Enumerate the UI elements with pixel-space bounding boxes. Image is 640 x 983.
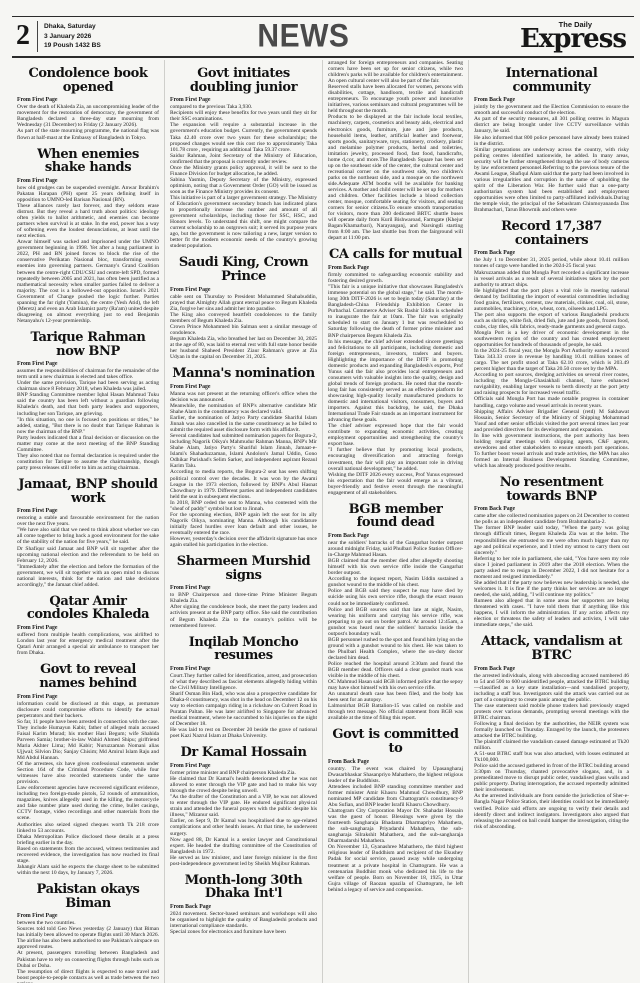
article-paragraph: Earlier, the nomination of Jatiyo Party …: [170, 415, 317, 433]
article-paragraph: According to media reports, the Bogura-2…: [170, 469, 317, 499]
article-paragraph: Products to be displayed at the fair inc…: [328, 114, 463, 241]
article-kicker: From Back Page: [328, 265, 463, 271]
article: Inqilab Moncho resumesFrom First PageCou…: [170, 636, 317, 740]
article-headline: Sharmeen Murshid signs: [170, 555, 317, 582]
article-kicker: From First Page: [17, 178, 159, 184]
article-headline: Record 17,387 containers: [474, 220, 629, 247]
article-paragraph: She added that if the party now believes…: [474, 580, 629, 598]
article-paragraph: BGB personnel rushed to the spot and fou…: [328, 637, 463, 661]
dateline-bengali: 19 Poush 1432 BS: [44, 41, 101, 51]
article-paragraph: Makruzzaman added that Mongla Port recor…: [474, 270, 629, 288]
article-paragraph: After signing the condolence book, she m…: [170, 604, 317, 628]
article-paragraph: arranged for foreign entrepreneurs and c…: [328, 60, 463, 84]
article-paragraph: Several candidates had submitted nominat…: [170, 433, 317, 469]
article-paragraph: Sabina Yasmin, Deputy Secretary of the M…: [170, 177, 317, 195]
article-paragraph: The expansion will require a substantial…: [170, 122, 317, 152]
article-paragraph: This initiative is part of a larger gove…: [170, 195, 317, 249]
article-paragraph: Following a final decision by the author…: [474, 721, 629, 739]
article: When enemies shake handsFrom First Pageh…: [17, 148, 159, 324]
article-paragraph: Police and BGB sources said that late at…: [328, 607, 463, 637]
article-paragraph: Of the arrestees, six have given confess…: [17, 761, 159, 785]
article-paragraph: As the arrested individuals are from out…: [474, 793, 629, 829]
article-kicker: From First Page: [170, 585, 317, 591]
article: CA calls for mutualFrom Back Pagefirmly …: [328, 248, 463, 495]
article-kicker: From Back Page: [474, 97, 629, 103]
article-paragraph: Recipients will enjoy these benefits for…: [170, 110, 317, 122]
article-paragraph: In line with government instructions, th…: [474, 433, 629, 469]
newspaper-page: 2 Dhaka, Saturday 3 January 2026 19 Pous…: [0, 0, 640, 983]
article: Record 17,387 containersFrom Back Pageth…: [474, 220, 629, 469]
article-paragraph: Police reached the hospital around 3:30a…: [328, 661, 463, 679]
article-paragraph: Special zones for electronics and furnit…: [170, 929, 317, 935]
article-paragraph: The chief adviser expressed hope that th…: [328, 423, 463, 447]
article-kicker: From First Page: [17, 694, 159, 700]
article-paragraph: He claimed that Dr Kamal's health deteri…: [170, 776, 317, 794]
column-3: arranged for foreign entrepreneurs and c…: [322, 60, 468, 983]
article-paragraph: Sources told told Geo News yesterday (2 …: [17, 926, 159, 950]
page-number: 2: [14, 22, 37, 52]
article-paragraph: The plaintiff claimed the vandalism caus…: [474, 739, 629, 751]
article-kicker: From Back Page: [474, 666, 629, 672]
article-paragraph: Meanwhile, the nomination of BNP's alter…: [170, 403, 317, 415]
columns: Condolence book openedFrom First PageOve…: [12, 60, 634, 983]
article-paragraph: Reserved stalls have been allocated for …: [328, 84, 463, 114]
article-paragraph: According to port sources, dredging acti…: [474, 372, 629, 396]
article-paragraph: "We have also said that we need to think…: [17, 527, 159, 545]
article-paragraph: Officials said Mongla Port has made nota…: [474, 396, 629, 408]
article-paragraph: Court.They further called for identifica…: [170, 673, 317, 691]
article-paragraph: country. The event was chaired by Upasan…: [328, 766, 463, 784]
article-headline: Manna's nomination: [170, 367, 317, 381]
article-paragraph: An unnatural death case has been filed, …: [328, 691, 463, 703]
article-kicker: From First Page: [170, 666, 317, 672]
article-paragraph: BGB claimed that the member died after a…: [328, 558, 463, 576]
article-paragraph: On November 13, Gyanashree Mahathero, th…: [328, 844, 463, 892]
article-paragraph: Attendees included BNP standing committe…: [328, 784, 463, 808]
article-headline: Inqilab Moncho resumes: [170, 636, 317, 663]
newspaper-logo: The Daily Express: [506, 21, 632, 53]
article-paragraph: Dhaka Metropolitan Police disclosed thes…: [17, 834, 159, 846]
article-paragraph: Earlier, on Sept 9, Dr Kamal was hospita…: [170, 818, 317, 836]
article-paragraph: Jahangir Alam said he expects the charge…: [17, 864, 159, 876]
article: Attack, vandalism at BTRCFrom Back Paget…: [474, 635, 629, 830]
article-paragraph: suffered from multiple health complicati…: [17, 632, 159, 656]
column-4: International communityFrom Back Pagejoi…: [468, 60, 634, 983]
article-paragraph: Over the death of Khaleda Zia, an uncomp…: [17, 104, 159, 128]
article-paragraph: As part of the state mourning programme,…: [17, 128, 159, 140]
article-paragraph: "This fair is a unique initiative that s…: [328, 284, 463, 338]
article: Qatar Amir condoles KhaledaFrom First Pa…: [17, 595, 159, 656]
article: Sharmeen Murshid signsFrom First Pageto …: [170, 555, 317, 629]
article-paragraph: He was laid to rest on December 20 besid…: [170, 727, 317, 739]
article-headline: Jamaat, BNP should work: [17, 478, 159, 505]
article-headline: No resentment towards BNP: [474, 476, 629, 503]
article-paragraph: Once the Ministry grants policy approval…: [170, 165, 317, 177]
article: Pakistan okays BimanFrom First Pagebetwe…: [17, 883, 159, 983]
article-paragraph: Under the same provision, Tarique had be…: [17, 380, 159, 392]
article-paragraph: In 2018, BNP ceded the seat to Manna, wh…: [170, 500, 317, 512]
article-paragraph: The case statement said mobile phone tra…: [474, 703, 629, 721]
article-headline: Condolence book opened: [17, 67, 159, 94]
article-paragraph: how old grudges can be suspended overnig…: [17, 185, 159, 203]
article-headline: International community: [474, 67, 629, 94]
article-paragraph: "Immediately after the election and befo…: [17, 564, 159, 588]
article-paragraph: Similar preparations are underway across…: [474, 147, 629, 214]
masthead: 2 Dhaka, Saturday 3 January 2026 19 Pous…: [12, 16, 634, 58]
article-headline: Month-long 30th Dhaka Int'l: [170, 874, 317, 901]
article-paragraph: Anwar himself was sacked and imprisoned …: [17, 239, 159, 324]
article-kicker: From First Page: [170, 97, 317, 103]
article-paragraph: Saidur Rahman, Joint Secretary of the Mi…: [170, 153, 317, 165]
article-paragraph: The resumption of direct flights is expe…: [17, 969, 159, 983]
article-paragraph: Rumeen also alleged that in some areas h…: [474, 598, 629, 628]
article-paragraph: Wishing the DITF 2026 every success, Pro…: [328, 472, 463, 496]
article-headline: When enemies shake hands: [17, 148, 159, 175]
article-paragraph: Sharif Osman Bin Hadi, who was also a pr…: [170, 691, 317, 727]
article-paragraph: Now aged 88, Dr Kamal is a senior lawyer…: [170, 837, 317, 855]
article-paragraph: In the 2024-25 fiscal year, the Mongla P…: [474, 348, 629, 372]
article-paragraph: As part of the security measures, all 30…: [474, 116, 629, 134]
article: Saudi King, Crown PrinceFrom First Pagec…: [170, 256, 317, 360]
article-paragraph: According to the inquest report, Nasim U…: [328, 576, 463, 588]
article: arranged for foreign entrepreneurs and c…: [328, 60, 463, 241]
article-paragraph: Police said the accused gathered in fron…: [474, 763, 629, 793]
article-headline: Saudi King, Crown Prince: [170, 256, 317, 283]
article-paragraph: He highlighted that the port plays a vit…: [474, 288, 629, 312]
article-kicker: From First Page: [17, 97, 159, 103]
article-headline: CA calls for mutual: [328, 248, 463, 262]
article-paragraph: Law enforcement agencies have recovered …: [17, 785, 159, 821]
article-paragraph: restoring a stable and favourable enviro…: [17, 515, 159, 527]
article-paragraph: A 51-seat BTRC staff bus was also attack…: [474, 751, 629, 763]
article-headline: Dr Kamal Hossain: [170, 746, 317, 760]
article: No resentment towards BNPFrom Back Pagec…: [474, 476, 629, 628]
article-paragraph: Shipping Affairs Adviser Brigadier Gener…: [474, 409, 629, 433]
article-paragraph: Begum Khaleda Zia, who breathed her last…: [170, 336, 317, 360]
article-paragraph: cable sent on Thursday to President Moha…: [170, 294, 317, 312]
article-paragraph: the July 1 to December 31, 2025 period, …: [474, 257, 629, 269]
article-kicker: From First Page: [17, 508, 159, 514]
article: Govt is committed toFrom Back Pagecountr…: [328, 728, 463, 892]
article-paragraph: came after she collected nomination pape…: [474, 513, 629, 525]
article-paragraph: These alliances rarely last forever, and…: [17, 203, 159, 239]
article-kicker: From First Page: [170, 384, 317, 390]
article-kicker: From First Page: [17, 625, 159, 631]
article-headline: Govt is committed to: [328, 728, 463, 755]
article-kicker: From First Page: [17, 361, 159, 367]
article-paragraph: So far, 11 people have been arrested in …: [17, 719, 159, 761]
article: Month-long 30th Dhaka Int'lFrom Back Pag…: [170, 874, 317, 935]
article-headline: BGB member found dead: [328, 503, 463, 530]
article-kicker: From Back Page: [474, 506, 629, 512]
article-paragraph: Referring to her role in parliament, she…: [474, 556, 629, 580]
article: Tarique Rahman now BNPFrom First Pageass…: [17, 331, 159, 471]
article-paragraph: The former BNP leader said today, "When …: [474, 525, 629, 555]
article-paragraph: Lalmonirhat BGB Battalion-15 was called …: [328, 703, 463, 721]
article-paragraph: near the soldiers' barracks of the Ganga…: [328, 540, 463, 558]
article-paragraph: OC Mahmud Hasan said BGB informed police…: [328, 679, 463, 691]
article-kicker: From Back Page: [474, 250, 629, 256]
article-paragraph: Based on statements from the accused, wi…: [17, 846, 159, 864]
article-paragraph: In his message, the chief adviser extend…: [328, 339, 463, 424]
dateline-date: 3 January 2026: [44, 32, 101, 42]
article-paragraph: Police and BGB said they suspect he may …: [328, 588, 463, 606]
article-paragraph: The King also conveyed heartfelt condole…: [170, 312, 317, 324]
article-kicker: From First Page: [170, 287, 317, 293]
column-1: Condolence book openedFrom First PageOve…: [12, 60, 164, 983]
article-headline: Govt to reveal names behind: [17, 663, 159, 690]
article-paragraph: BNP Standing Committee member Iqbal Hasa…: [17, 392, 159, 416]
article-paragraph: Chattogram City Corporation Mayor Dr. Sh…: [328, 808, 463, 844]
article: Condolence book openedFrom First PageOve…: [17, 67, 159, 141]
article-paragraph: jointly by the government and the Electi…: [474, 104, 629, 116]
article: BGB member found deadFrom Back Pagenear …: [328, 503, 463, 722]
article-paragraph: "In this situation, no one is focused on…: [17, 417, 159, 435]
article-paragraph: information could be disclosed at this s…: [17, 701, 159, 719]
article: Govt to reveal names behindFrom First Pa…: [17, 663, 159, 876]
article-kicker: From First Page: [17, 913, 159, 919]
article: International communityFrom Back Pagejoi…: [474, 67, 629, 213]
article: Manna's nominationFrom First PageManna w…: [170, 367, 317, 548]
article-paragraph: Manna was not present at the returning o…: [170, 391, 317, 403]
article-paragraph: assumes the responsibilities of chairman…: [17, 368, 159, 380]
article: Dr Kamal HossainFrom First Pageformer pr…: [170, 746, 317, 866]
article-paragraph: the arrested individuals, along with abs…: [474, 673, 629, 703]
section-title: NEWS: [101, 20, 506, 52]
dateline: Dhaka, Saturday 3 January 2026 19 Poush …: [37, 21, 101, 52]
article: Jamaat, BNP should workFrom First Pagere…: [17, 478, 159, 588]
article-paragraph: Authorities also seized signed cheques w…: [17, 822, 159, 834]
article-paragraph: Mongla Port is a key driver of economic …: [474, 330, 629, 348]
article-paragraph: He served as law minister, and later for…: [170, 855, 317, 867]
article-paragraph: Party leaders indicated that a final dec…: [17, 435, 159, 453]
article-paragraph: The port also supports the export of var…: [474, 312, 629, 330]
article-paragraph: "I further believe that by promoting loc…: [328, 447, 463, 471]
article-headline: Pakistan okays Biman: [17, 883, 159, 910]
article-headline: Attack, vandalism at BTRC: [474, 635, 629, 662]
article-kicker: From First Page: [170, 763, 317, 769]
logo-express: Express: [506, 26, 626, 52]
article: Govt initiates doubling juniorFrom First…: [170, 67, 317, 249]
article-paragraph: They also noted that no formal declarati…: [17, 453, 159, 471]
article-paragraph: Crown Prince Mohammed bin Salman sent a …: [170, 324, 317, 336]
article-kicker: From Back Page: [328, 533, 463, 539]
article-headline: Tarique Rahman now BNP: [17, 331, 159, 358]
article-headline: Govt initiates doubling junior: [170, 67, 317, 94]
dateline-city: Dhaka, Saturday: [44, 22, 101, 32]
article-paragraph: "As the drafter of the Constitution and …: [170, 794, 317, 818]
article-kicker: From Back Page: [328, 759, 463, 765]
article-paragraph: firmly committed to safeguarding economi…: [328, 272, 463, 284]
article-paragraph: 2024 movement. Sector-based seminars and…: [170, 911, 317, 929]
article-paragraph: At present, passengers travelling betwee…: [17, 950, 159, 968]
article-headline: Qatar Amir condoles Khaleda: [17, 595, 159, 622]
article-kicker: From Back Page: [170, 904, 317, 910]
article-paragraph: to BNP Chairperson and three-time Prime …: [170, 592, 317, 604]
column-2: Govt initiates doubling juniorFrom First…: [164, 60, 322, 983]
article-paragraph: For the upcoming election, BNP again lef…: [170, 512, 317, 536]
article-paragraph: He also informed that 800 police personn…: [474, 135, 629, 147]
article-paragraph: However, yesterday's decision over the a…: [170, 536, 317, 548]
article-paragraph: Dr Shafiqur said Jamaat and BNP will sit…: [17, 546, 159, 564]
